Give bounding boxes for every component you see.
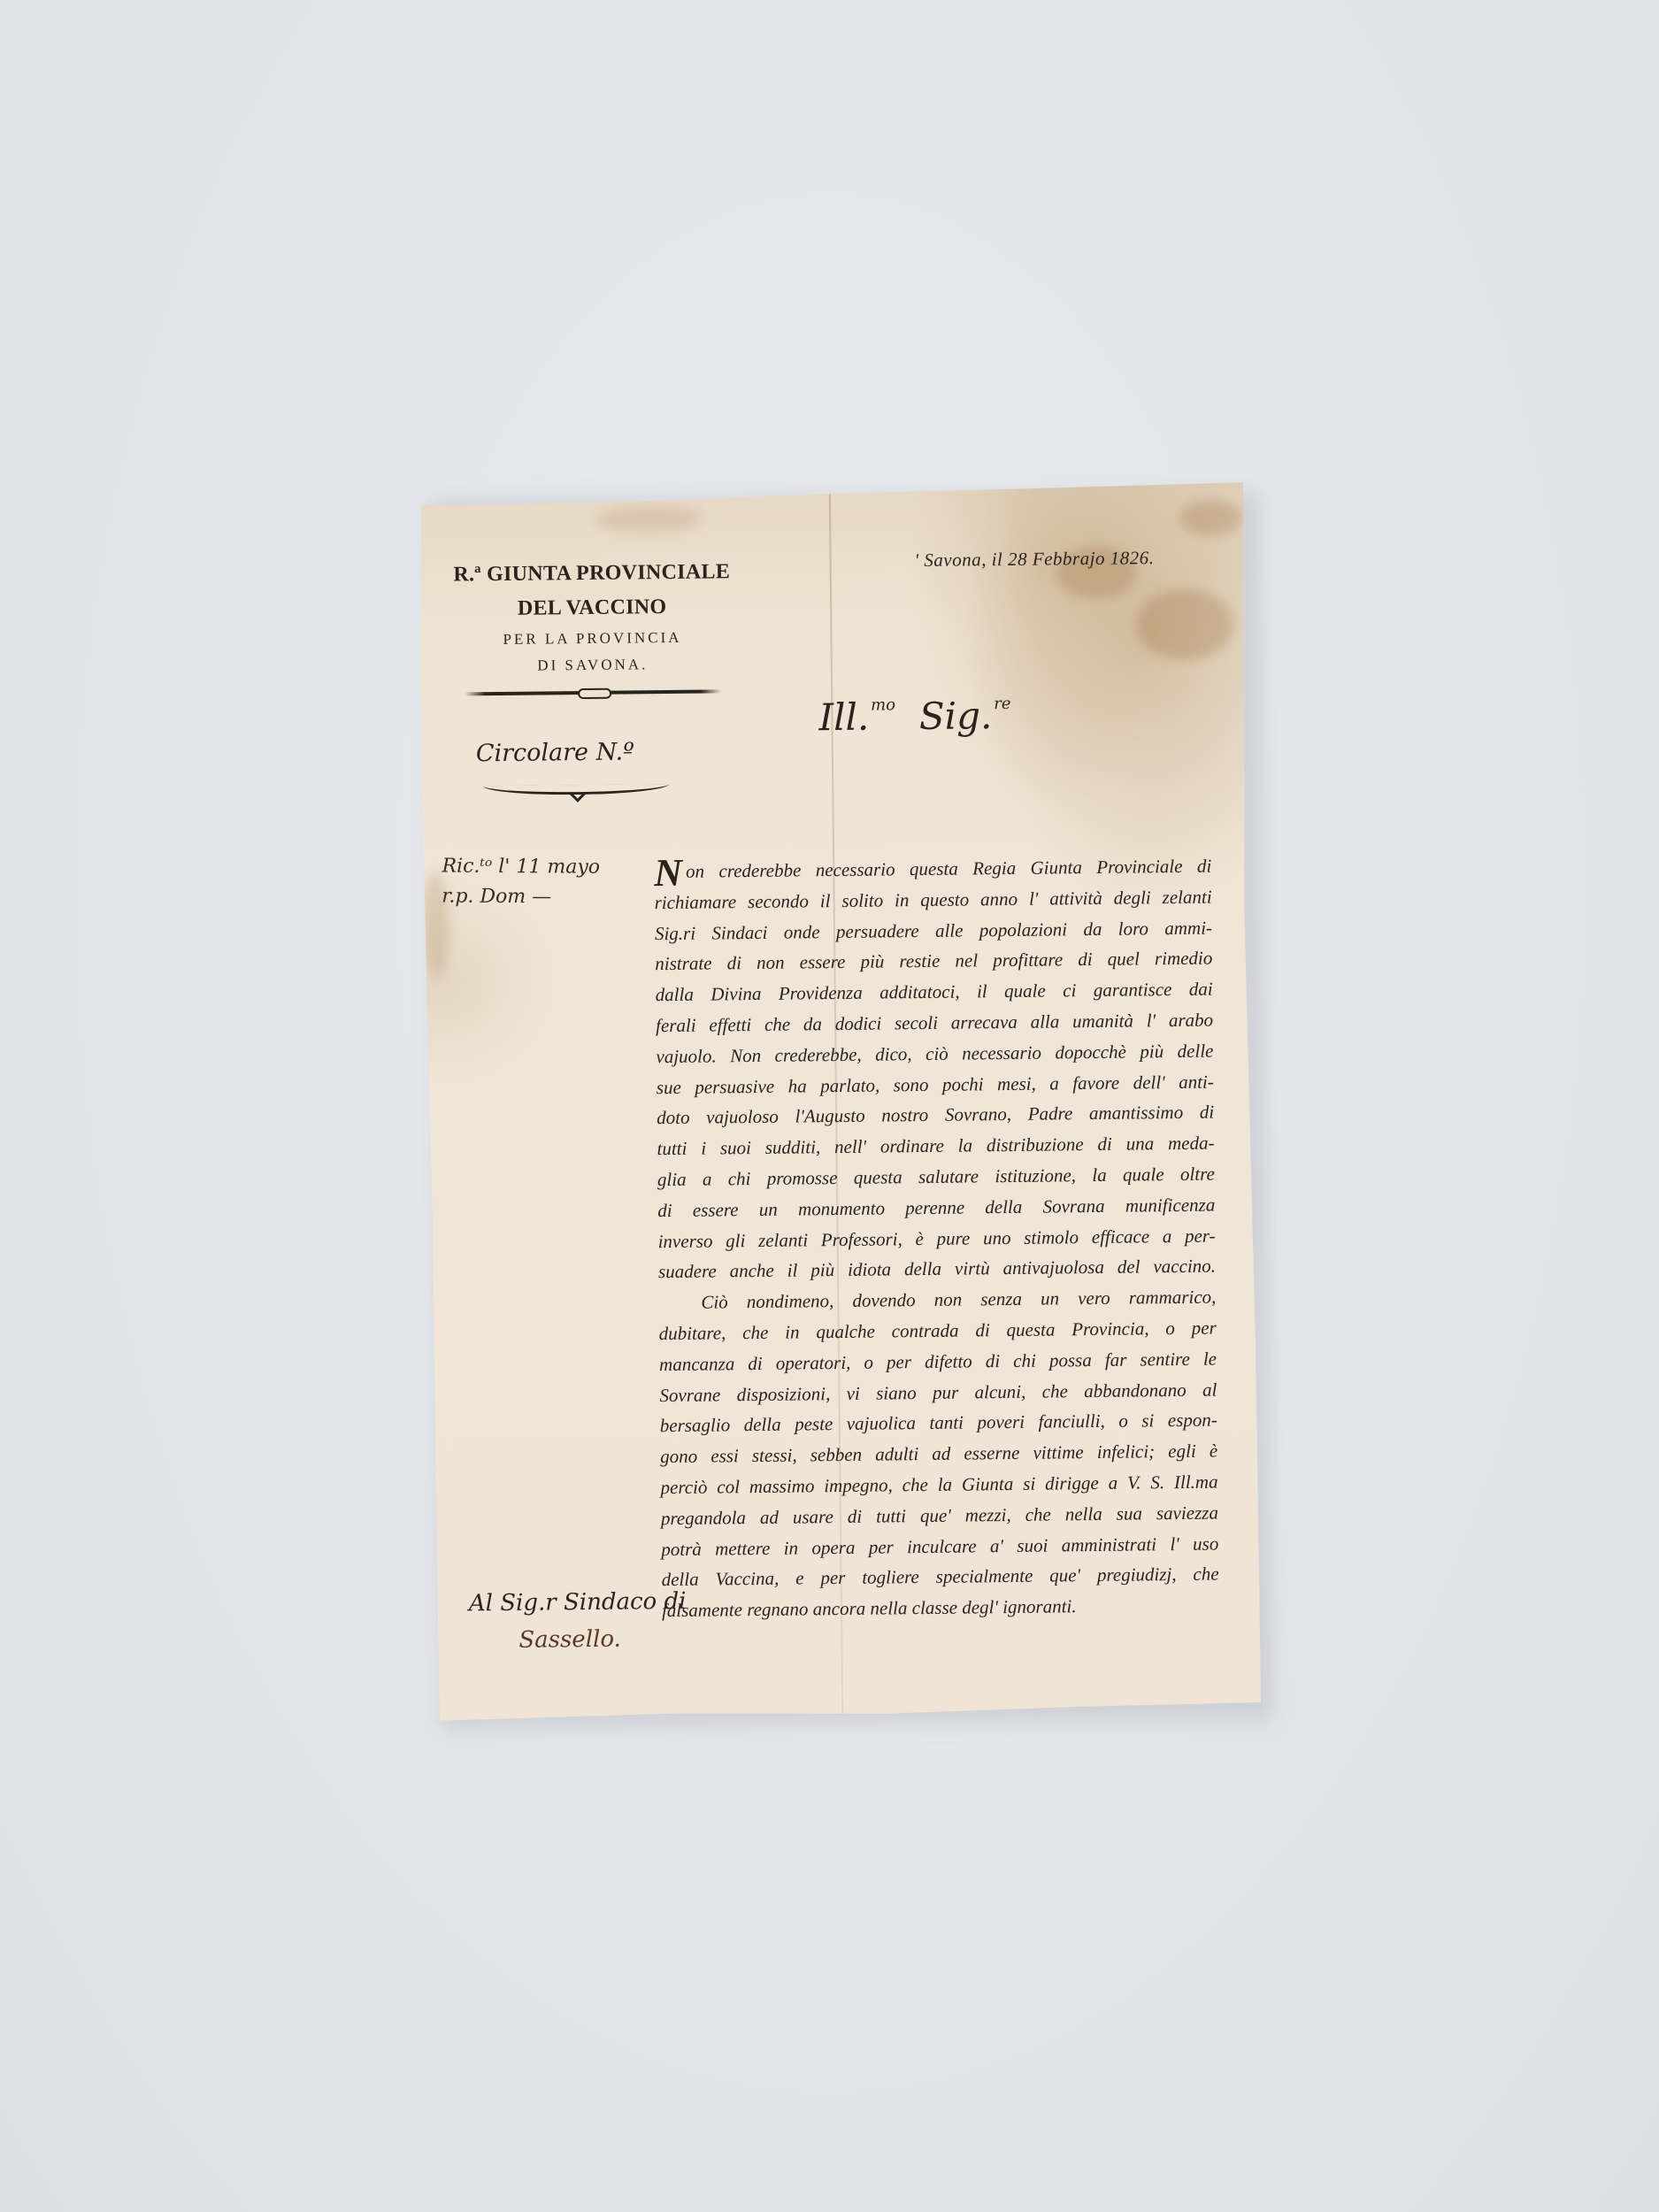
addressee-place-handwritten: Sassello. [518,1626,621,1654]
ornamental-rule [465,689,721,695]
foxing-stain [1179,500,1241,536]
body-line: mancanza di operatori, o per difetto di … [659,1343,1217,1379]
letterhead-line-1: R.ª GIUNTA PROVINCIALE [446,555,738,591]
body-line: pregandola ad usare di tutti que' mezzi,… [661,1497,1218,1533]
addressee-label: Al Sig.r Sindaco di [469,1588,687,1617]
body-line: di essere un monumento perenne della Sov… [657,1189,1215,1225]
letterhead-line-3: PER LA PROVINCIA [446,624,738,653]
salutation-ill: Ill. [818,695,869,740]
historical-circular-letter: R.ª GIUNTA PROVINCIALE DEL VACCINO PER L… [419,482,1262,1721]
foxing-stain [595,506,702,534]
letterhead: R.ª GIUNTA PROVINCIALE DEL VACCINO PER L… [446,555,740,695]
letterhead-line-2: DEL VACCINO [446,588,738,626]
salutation-sig: Sig. [919,694,993,738]
body-line: falsamente regnano ancora nella classe d… [662,1590,1219,1626]
circular-number-label: Circolare N.º [476,738,634,767]
handwritten-margin-note: Ric.ᵗᵒ l' 11 mayo r.p. Dom — [442,852,663,914]
body-line: vajuolo. Non crederebbe, dico, ciò neces… [656,1035,1213,1071]
drop-cap: N [654,860,682,887]
ornamental-brace [483,784,669,795]
body-line: della Vaccina, e per togliere specialmen… [661,1559,1218,1595]
salutation: Ill.mo Sig.re [818,694,1011,739]
paragraph-1: N on crederebbe necessario questa Regia … [654,851,1216,1288]
margin-note-line-2: r.p. Dom — [442,882,663,914]
salutation-ill-sup: mo [871,695,895,714]
dateline: ' Savona, il 28 Febbrajo 1826. [914,547,1154,572]
paragraph-2: Ciò nondimeno, dovendo non senza un vero… [658,1282,1219,1626]
salutation-sig-sup: re [994,695,1010,713]
foxing-stain [1136,588,1234,660]
margin-note-line-1: Ric.ᵗᵒ l' 11 mayo [442,852,663,884]
letterhead-line-4: DI SAVONA. [447,650,739,680]
letter-body: N on crederebbe necessario questa Regia … [654,851,1219,1626]
